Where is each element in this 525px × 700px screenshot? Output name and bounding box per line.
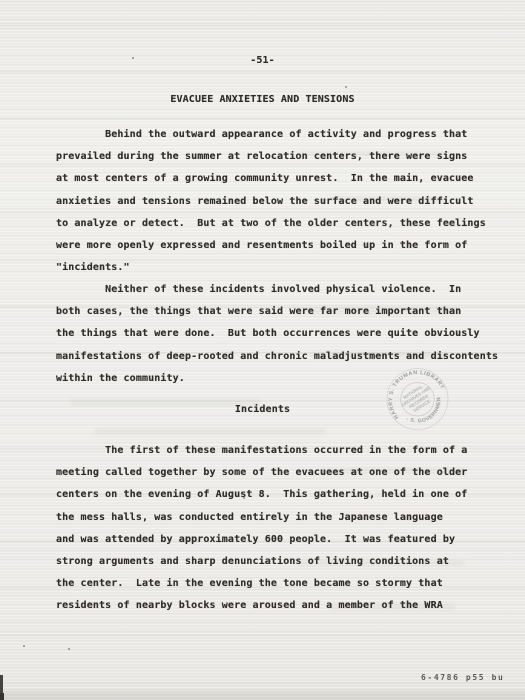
text-line: at most centers of a growing community u… bbox=[56, 168, 486, 190]
scan-edge-mark bbox=[0, 693, 4, 700]
text-line: the things that were done. But both occu… bbox=[56, 323, 498, 345]
text-line: strong arguments and sharp denunciations… bbox=[56, 551, 467, 573]
text-line: "incidents." bbox=[56, 257, 486, 279]
text-line: both cases, the things that were said we… bbox=[56, 301, 498, 323]
text-line: the center. Late in the evening the tone… bbox=[56, 573, 467, 595]
text-line: were more openly expressed and resentmen… bbox=[56, 235, 486, 257]
text-line: prevailed during the summer at relocatio… bbox=[56, 146, 486, 168]
paper-speck bbox=[68, 648, 70, 650]
scan-artifact bbox=[95, 428, 325, 434]
page-number: -51- bbox=[0, 55, 525, 66]
paper-speck bbox=[243, 497, 245, 499]
paragraph-1: Behind the outward appearance of activit… bbox=[56, 124, 486, 279]
document-title: EVACUEE ANXIETIES AND TENSIONS bbox=[0, 94, 525, 105]
paragraph-3: The first of these manifestations occurr… bbox=[56, 440, 467, 618]
scanned-document-page: -51- EVACUEE ANXIETIES AND TENSIONS Behi… bbox=[0, 0, 525, 700]
text-line: the mess halls, was conducted entirely i… bbox=[56, 507, 467, 529]
scan-bottom-shadow bbox=[0, 689, 525, 700]
text-line: anxieties and tensions remained below th… bbox=[56, 191, 486, 213]
text-line: meeting called together by some of the e… bbox=[56, 462, 467, 484]
paper-speck bbox=[23, 645, 25, 647]
text-line: residents of nearby blocks were aroused … bbox=[56, 595, 467, 617]
paper-speck bbox=[132, 57, 134, 59]
text-line: centers on the evening of August 8. This… bbox=[56, 484, 467, 506]
text-line: Neither of these incidents involved phys… bbox=[56, 279, 498, 301]
archive-reference-code: 6-4786 p55 bu bbox=[421, 673, 504, 682]
text-line: and was attended by approximately 600 pe… bbox=[56, 529, 467, 551]
text-line: Behind the outward appearance of activit… bbox=[56, 124, 486, 146]
paper-speck bbox=[345, 86, 347, 88]
text-line: to analyze or detect. But at two of the … bbox=[56, 213, 486, 235]
